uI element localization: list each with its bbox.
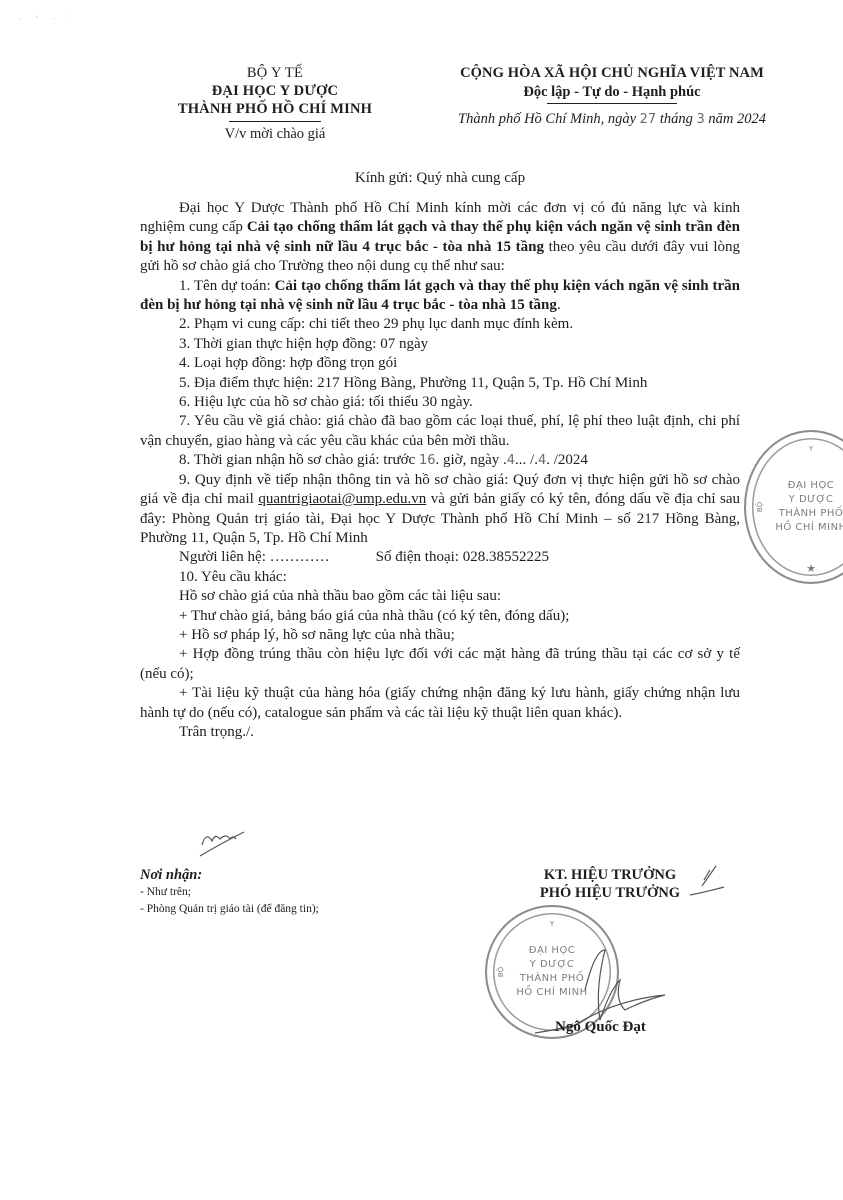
initials-signature-icon bbox=[200, 832, 244, 856]
approval-tick-icon bbox=[690, 866, 724, 895]
handwritten-signatures bbox=[0, 0, 843, 1200]
signer-name: Ngô Quốc Đạt bbox=[555, 1019, 646, 1036]
official-letter-page: · ‘ · ˙ BỘ Y TẾ ĐẠI HỌC Y DƯỢC THÀNH PHỐ… bbox=[0, 0, 843, 1200]
